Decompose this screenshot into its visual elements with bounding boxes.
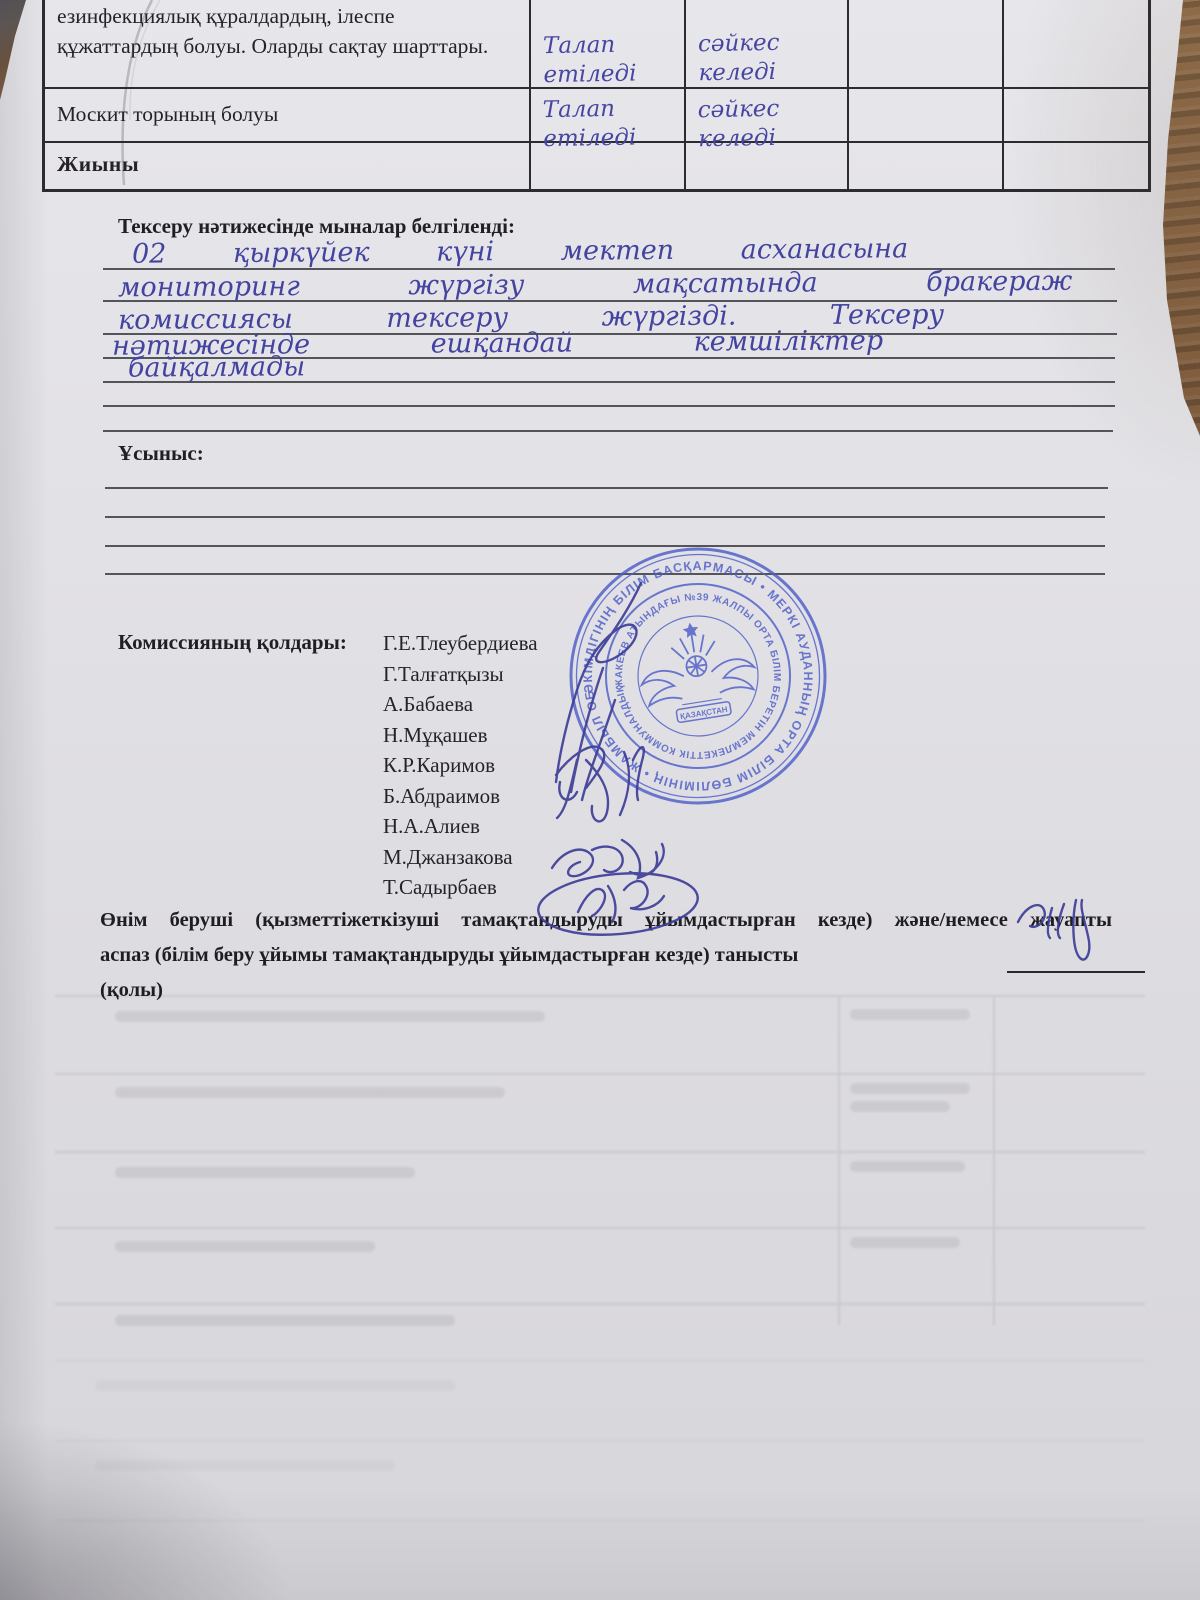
ruled-line xyxy=(105,516,1105,518)
stamp-star xyxy=(682,621,700,638)
table-cell-total: Жиыны xyxy=(45,143,531,189)
commission-member: Г.Талғатқызы xyxy=(383,662,538,693)
table-cell-empty xyxy=(849,89,1004,143)
handwritten-conformity: сәйкес келеді xyxy=(697,92,837,154)
ruled-line xyxy=(103,430,1113,432)
commission-member: Н.Мұқашев xyxy=(383,723,538,754)
commission-members-list: Г.Е.Тлеубердиева Г.Талғатқызы А.Бабаева … xyxy=(383,631,538,906)
commission-heading: Комиссияның қолдары: xyxy=(118,630,347,655)
handwritten-finding-line: байқалмады xyxy=(128,351,305,383)
commission-member: К.Р.Каримов xyxy=(383,753,538,784)
signature-over-stamp xyxy=(556,583,641,818)
footer-paragraph: Өнім беруші (қызметтіжеткізуші тамақтанд… xyxy=(100,903,1145,1008)
commission-member: А.Бабаева xyxy=(383,692,538,723)
signature-dzhanzakova xyxy=(552,840,664,878)
signature-karimov-abdraimov xyxy=(556,747,644,822)
table-cell-empty xyxy=(1004,0,1148,89)
commission-member: Г.Е.Тлеубердиева xyxy=(383,631,538,662)
ruled-line xyxy=(103,405,1115,407)
stamp-inner-ring-text: ЖАКЕЕВ АТЫНДАҒЫ №39 ЖАЛПЫ ОРТА БІЛІМ БЕР… xyxy=(602,580,795,773)
handwritten-finding-line: 02 қыркүйек күні мектеп асханасына xyxy=(132,233,908,269)
suggestion-heading: Ұсыныс: xyxy=(118,441,204,466)
stamp-emblem xyxy=(635,624,761,728)
table-cell-empty xyxy=(1004,89,1148,143)
svg-text:ӘКІМДІГІНІҢ БІЛІМ БАСҚАРМАСЫ •: ӘКІМДІГІНІҢ БІЛІМ БАСҚАРМАСЫ • МЕРКІ АУД… xyxy=(564,542,832,810)
svg-text:ЖАКЕЕВ АТЫНДАҒЫ №39 ЖАЛПЫ ОРТА: ЖАКЕЕВ АТЫНДАҒЫ №39 ЖАЛПЫ ОРТА БІЛІМ БЕР… xyxy=(602,580,795,773)
stamp-outer-ring-text: ӘКІМДІГІНІҢ БІЛІМ БАСҚАРМАСЫ • МЕРКІ АУД… xyxy=(564,542,832,810)
ruled-line xyxy=(105,545,1105,547)
commission-member: М.Джанзакова xyxy=(383,845,538,876)
table-cell-empty xyxy=(1004,143,1148,189)
ruled-line xyxy=(105,573,1105,575)
findings-heading: Тексеру нәтижесінде мыналар белгіленді: xyxy=(118,214,515,239)
table-cell-criterion: езинфекциялық құралдардың, ілеспе құжатт… xyxy=(45,0,531,89)
handwritten-finding-line: мониторинг жүргізу мақсатында бракераж xyxy=(118,266,1072,304)
footer-line-1: Өнім беруші (қызметтіжеткізуші тамақтанд… xyxy=(100,903,1112,938)
scanned-document-photo: езинфекциялық құралдардың, ілеспе құжатт… xyxy=(0,0,1200,1600)
commission-member: Н.А.Алиев xyxy=(383,814,538,845)
bleed-through-faint xyxy=(55,1360,1145,1540)
stamp-center-label: ҚАЗАҚСТАН xyxy=(680,705,729,721)
handwritten-conformity: сәйкес келеді xyxy=(697,0,837,88)
bleed-through-table xyxy=(55,995,1145,1325)
commission-member: Т.Садырбаев xyxy=(383,875,538,906)
handwritten-requirement: Талап етіледі xyxy=(542,92,674,154)
commission-member: Б.Абдраимов xyxy=(383,784,538,815)
signature-blank-line xyxy=(1007,947,1145,973)
table-cell-criterion: Москит торының болуы xyxy=(45,89,531,143)
footer-line-3: (қолы) xyxy=(100,973,1145,1008)
table-cell-empty xyxy=(849,0,1004,89)
handwritten-requirement: Талап етіледі xyxy=(542,0,675,90)
checklist-table: езинфекциялық құралдардың, ілеспе құжатт… xyxy=(42,0,1151,192)
ruled-line xyxy=(105,487,1108,489)
table-cell-empty xyxy=(849,143,1004,189)
footer-line-2: аспаз (білім беру ұйымы тамақтандыруды ұ… xyxy=(100,938,798,973)
